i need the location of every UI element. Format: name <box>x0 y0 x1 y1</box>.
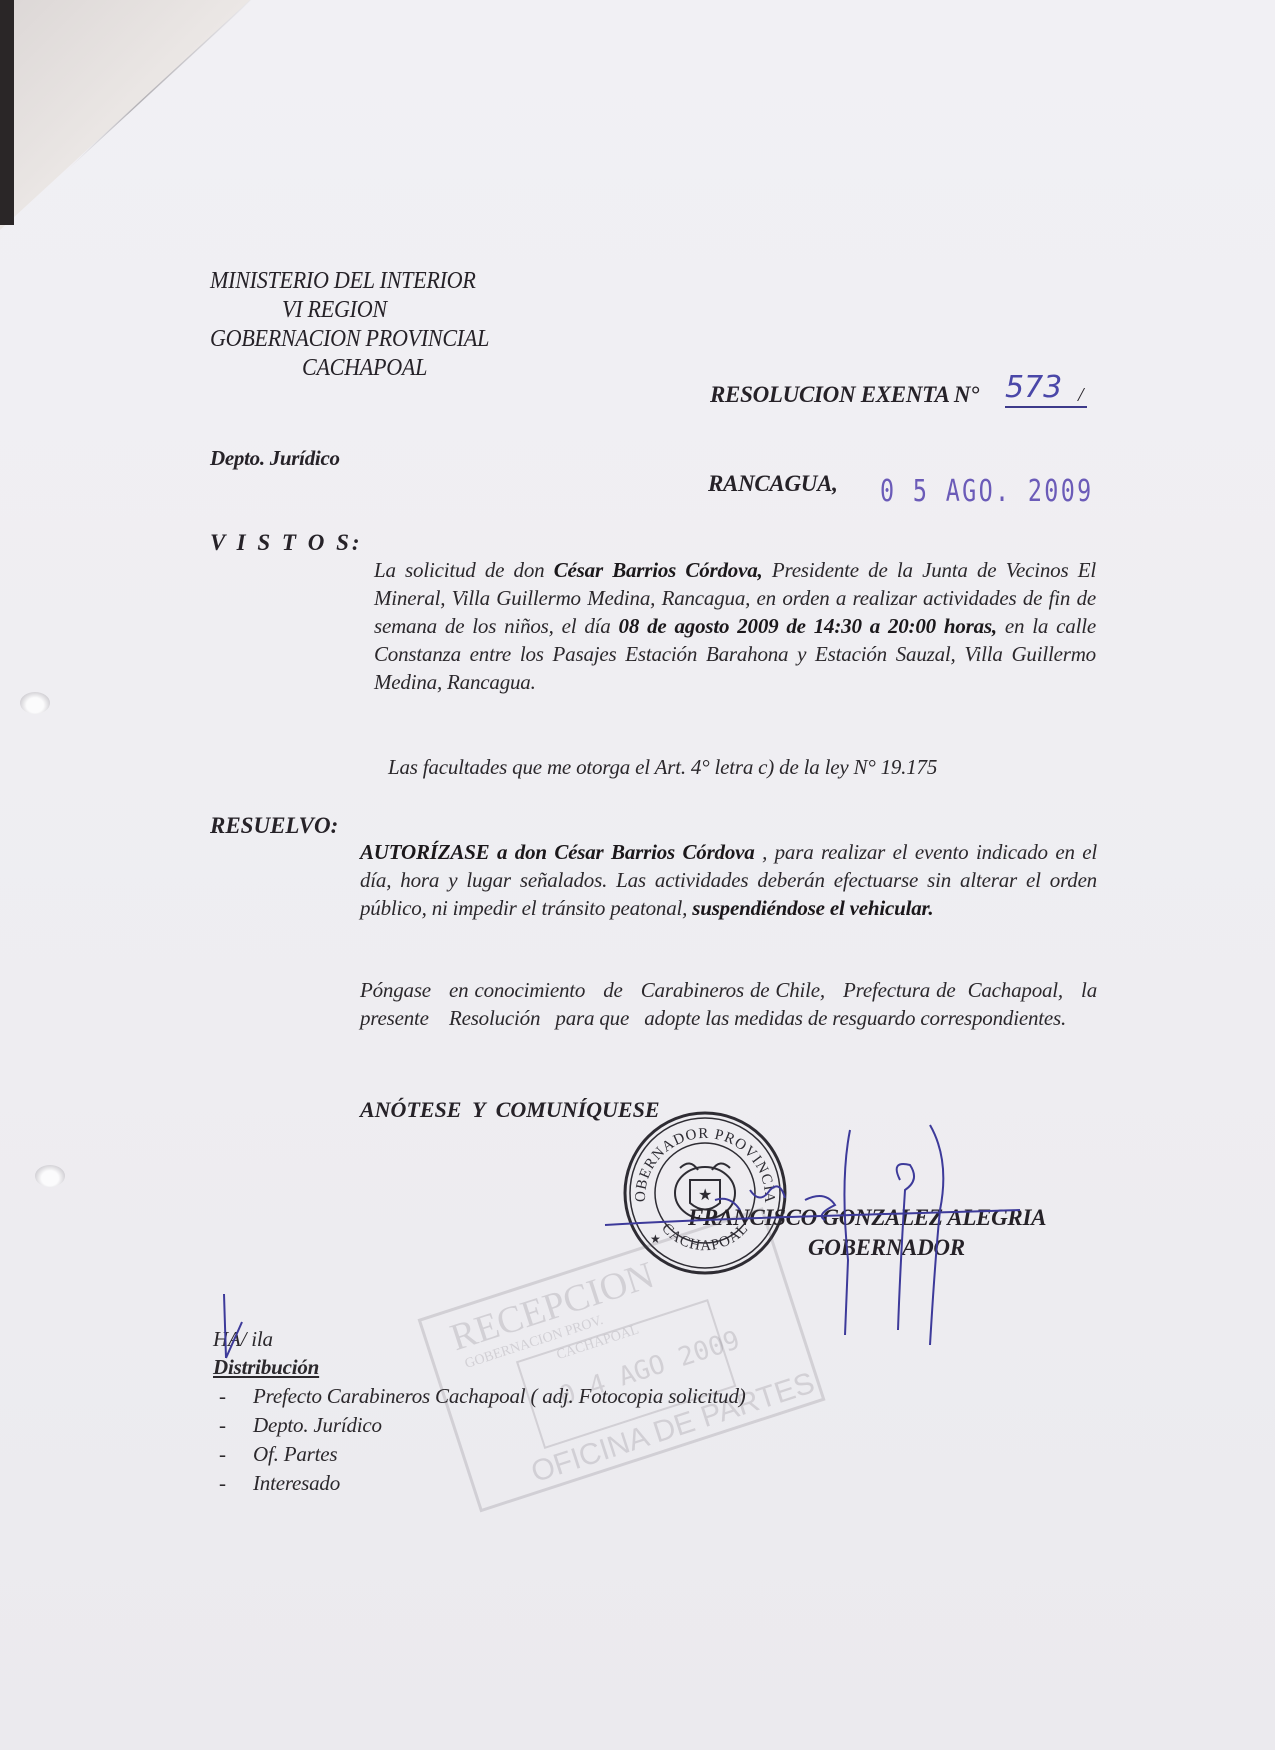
distribution-title: Distribución <box>213 1353 319 1381</box>
distribution-item: Of. Partes <box>215 1440 915 1469</box>
resolution-suffix: / <box>1078 384 1083 407</box>
region-heading: VI REGION <box>282 297 387 324</box>
resolution-label: RESOLUCION EXENTA N° <box>710 382 979 408</box>
paragraph-text: La solicitud de don <box>374 558 554 582</box>
emphasized-text: César Barrios Córdova, <box>554 558 763 582</box>
distribution-item: Depto. Jurídico <box>215 1411 915 1440</box>
emphasized-text: suspendiéndose el vehicular. <box>692 896 933 920</box>
notice-paragraph: Póngase en conocimiento de Carabineros d… <box>360 976 1097 1032</box>
check-mark-icon <box>212 1292 252 1362</box>
resolution-number: 573 <box>1005 370 1062 405</box>
department-label: Depto. Jurídico <box>210 446 340 471</box>
vistos-label: V I S T O S: <box>210 530 363 556</box>
legal-faculties: Las facultades que me otorga el Art. 4° … <box>388 753 1108 781</box>
distribution-item: Interesado <box>215 1469 915 1498</box>
number-underline <box>1005 406 1087 408</box>
resuelvo-label: RESUELVO: <box>210 813 338 839</box>
punch-hole-icon <box>35 1165 65 1187</box>
folded-corner <box>0 0 250 230</box>
distribution-list: Prefecto Carabineros Cachapoal ( adj. Fo… <box>215 1382 915 1498</box>
scanner-edge <box>0 0 14 225</box>
vistos-paragraph: La solicitud de don César Barrios Córdov… <box>374 556 1096 696</box>
province-heading: CACHAPOAL <box>302 355 427 382</box>
resuelvo-paragraph: AUTORÍZASE a don César Barrios Córdova ,… <box>360 838 1097 922</box>
emphasized-text: 08 de agosto 2009 de 14:30 a 20:00 horas… <box>619 614 997 638</box>
scanned-page: ​ MINISTERIO DEL INTERIOR VI REGION GOBE… <box>0 0 1275 1750</box>
city-label: RANCAGUA, <box>708 471 838 497</box>
date-stamp: 0 5 AGO. 2009 <box>880 474 1094 509</box>
punch-hole-icon <box>20 692 50 714</box>
emphasized-text: AUTORÍZASE a don César Barrios Córdova <box>360 840 755 864</box>
ministry-heading: MINISTERIO DEL INTERIOR <box>210 268 476 295</box>
distribution-item: Prefecto Carabineros Cachapoal ( adj. Fo… <box>215 1382 915 1411</box>
office-heading: GOBERNACION PROVINCIAL <box>210 326 489 353</box>
